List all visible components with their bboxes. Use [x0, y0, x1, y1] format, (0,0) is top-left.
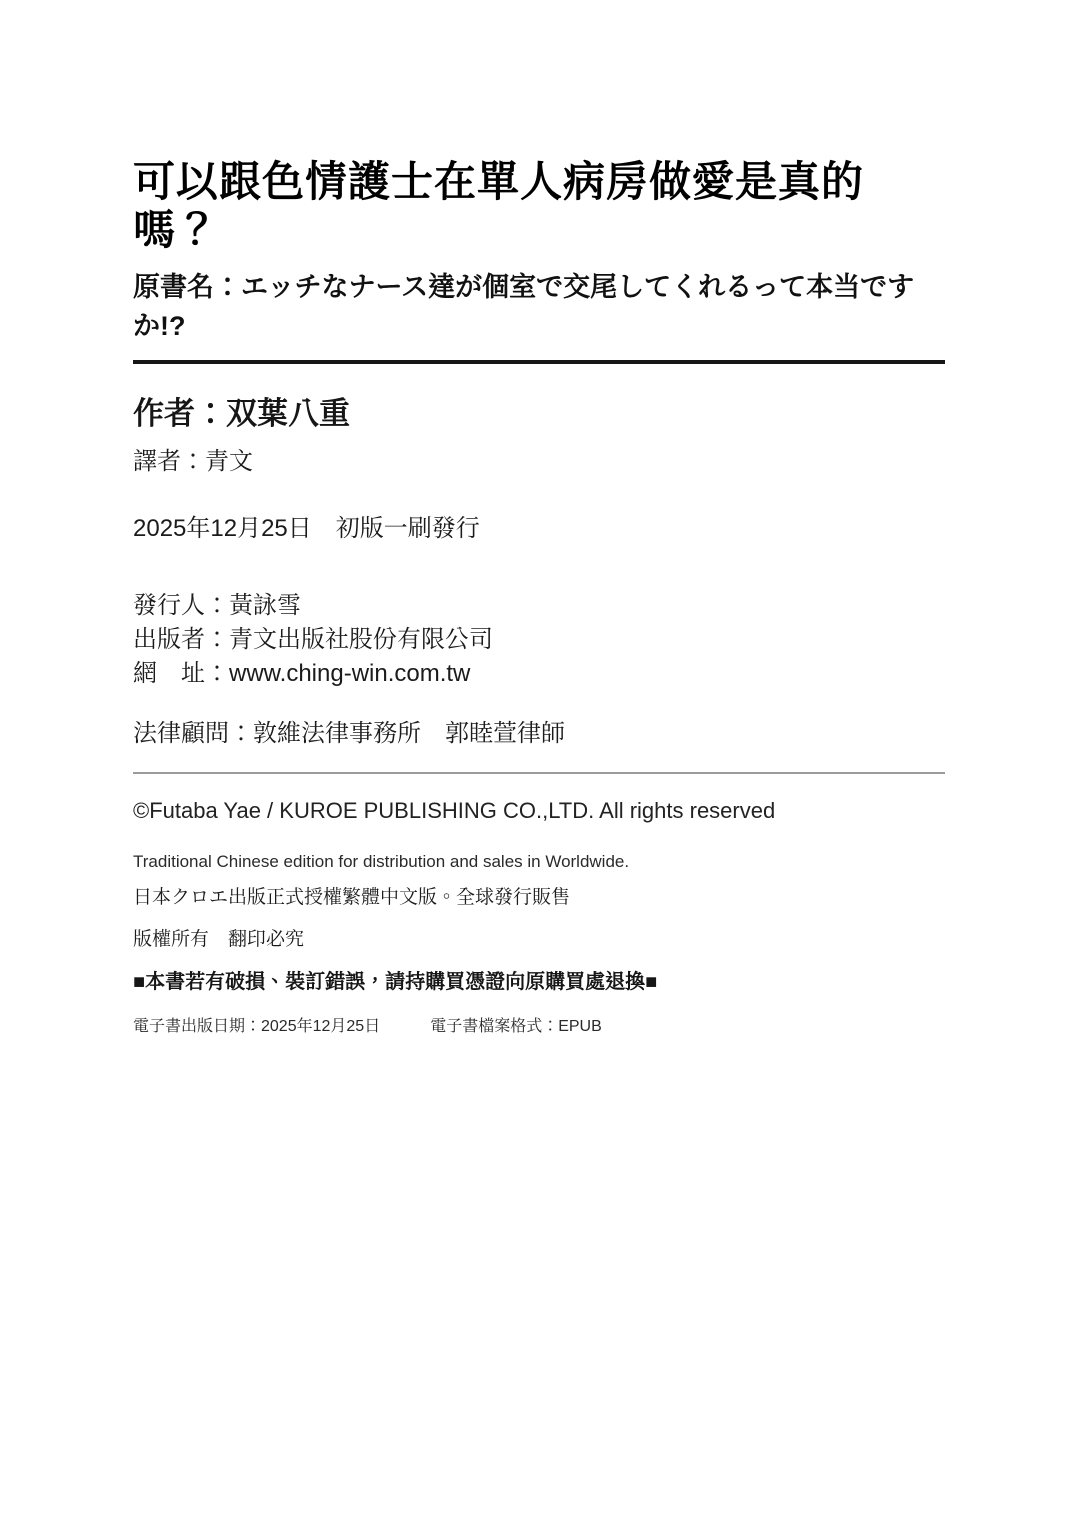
damage-exchange-notice: ■本書若有破損、裝訂錯誤，請持購買憑證向原購買處退換■: [133, 965, 945, 994]
ebook-file-format: 電子書檔案格式：EPUB: [430, 1013, 602, 1036]
ebook-publish-date: 電子書出版日期：2025年12月25日: [133, 1013, 380, 1036]
divider-bottom: [133, 772, 945, 774]
ebook-info-row: 電子書出版日期：2025年12月25日 電子書檔案格式：EPUB: [133, 1013, 945, 1036]
colophon-page: 可以跟色情護士在單人病房做愛是真的嗎？ 原書名：エッチなナース達が個室で交尾して…: [0, 0, 1080, 1533]
publisher-line: 出版者：青文出版社股份有限公司: [133, 623, 945, 657]
license-chinese-line: 日本クロエ出版正式授權繁體中文版。全球發行販售: [133, 882, 945, 909]
license-english-line: Traditional Chinese edition for distribu…: [133, 852, 945, 872]
legal-advisor-line: 法律顧問：敦維法律事務所 郭睦萱律師: [133, 713, 945, 748]
translator-line: 譯者：青文: [133, 441, 945, 476]
issuer-line: 發行人：黃詠雪: [133, 589, 945, 623]
original-title: 原書名：エッチなナース達が個室で交尾してくれるって本当ですか!?: [133, 265, 945, 343]
copyright-line: ©Futaba Yae / KUROE PUBLISHING CO.,LTD. …: [133, 798, 945, 824]
book-title: 可以跟色情護士在單人病房做愛是真的嗎？: [133, 158, 945, 255]
divider-top: [133, 360, 945, 364]
website-line: 網 址：www.ching-win.com.tw: [133, 657, 945, 691]
first-print-date-line: 2025年12月25日 初版一刷發行: [133, 508, 945, 543]
publisher-block: 發行人：黃詠雪 出版者：青文出版社股份有限公司 網 址：www.ching-wi…: [133, 589, 945, 691]
all-rights-reserved-line: 版權所有 翻印必究: [133, 924, 945, 951]
author-line: 作者：双葉八重: [133, 388, 945, 433]
